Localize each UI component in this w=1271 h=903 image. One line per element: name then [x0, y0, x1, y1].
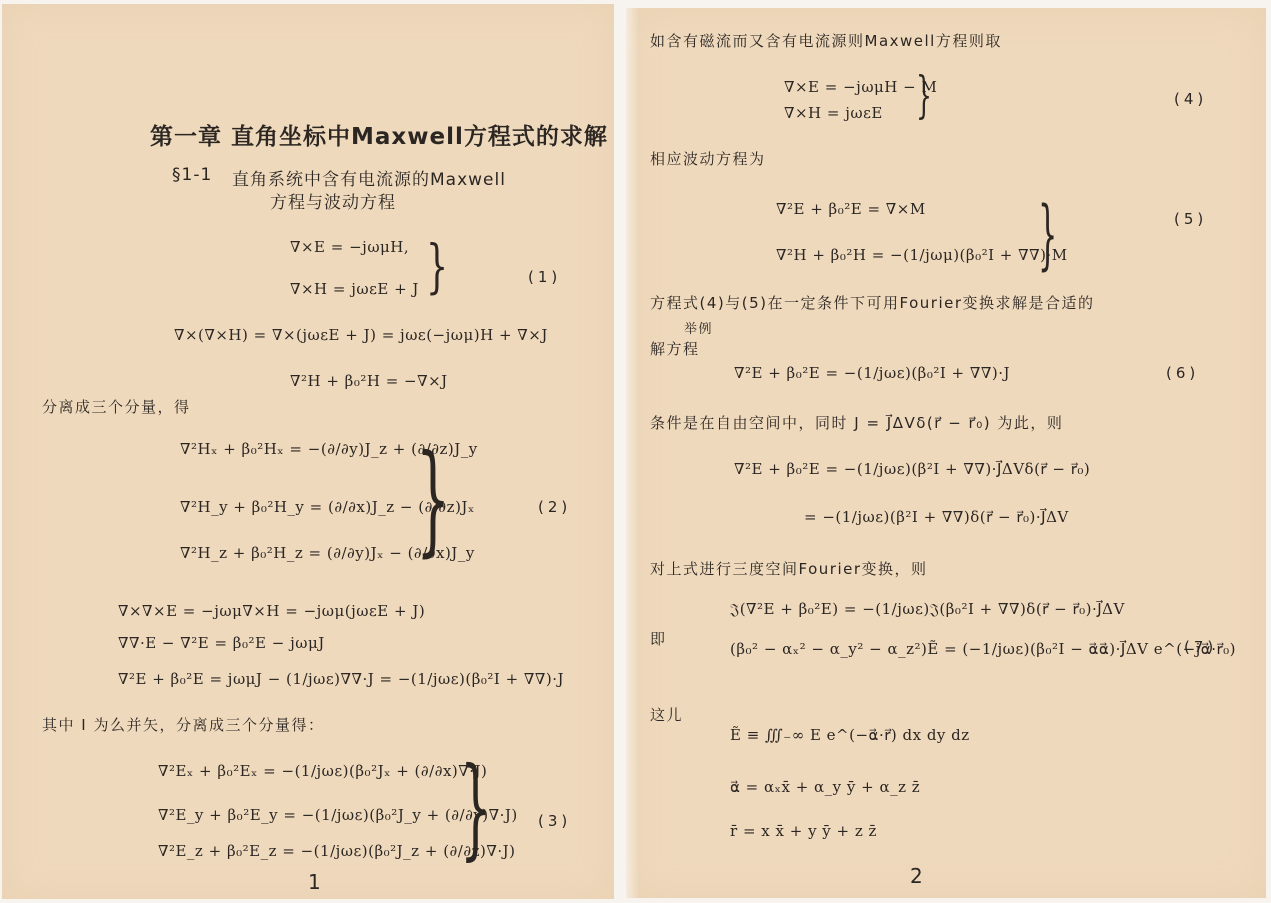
- eq6: ∇²E + β₀²E = −(1/jωε)(β₀²I + ∇∇)·J: [734, 364, 1010, 382]
- eq-def1: Ẽ ≡ ∭₋∞ E e^(−α⃗·r⃗) dx dy dz: [730, 726, 970, 744]
- text-decompose: 分离成三个分量，得: [42, 396, 191, 417]
- eq7-number: (7): [1184, 638, 1217, 656]
- eq-cond1: ∇²E + β₀²E = −(1/jωε)(β²I + ∇∇)·J⃗ΔVδ(r⃗…: [734, 460, 1090, 478]
- text-ie: 即: [650, 628, 667, 649]
- section-title-line2: 方程与波动方程: [270, 188, 396, 213]
- eq2-brace: }: [416, 440, 450, 560]
- eq7: (β₀² − αₓ² − α_y² − α_z²)Ẽ = (−1/jωε)(β₀…: [730, 640, 1236, 658]
- eq-wave-h: ∇²H + β₀²H = −∇×J: [290, 372, 448, 390]
- text-unit: 其中 I 为么并矢，分离成三个分量得：: [42, 714, 324, 735]
- text-transform: 对上式进行三度空间Fourier变换，则: [650, 558, 928, 579]
- eq4-brace: }: [916, 70, 932, 120]
- text-condition: 条件是在自由空间中，同时 J = J⃗ΔVδ(r⃗ − r⃗₀) 为此，则: [650, 412, 1063, 433]
- eq-curlcurl: ∇×(∇×H) = ∇×(jωεE + J) = jωε(−jωμ)H + ∇×…: [174, 326, 548, 344]
- section-title-line1: 直角系统中含有电流源的Maxwell: [232, 165, 506, 190]
- eq-ft1: 𝔍(∇²E + β₀²E) = −(1/jωε)𝔍(β₀²I + ∇∇)δ(r⃗…: [730, 600, 1125, 618]
- page-number: 1: [308, 870, 321, 894]
- eq1-number: (1): [528, 268, 561, 286]
- eq-e1: ∇×∇×E = −jωμ∇×H = −jωμ(jωεE + J): [118, 602, 425, 620]
- text-fourier: 方程式(4)与(5)在一定条件下可用Fourier变换求解是合适的: [650, 292, 1095, 313]
- eq5-line1: ∇²E + β₀²E = ∇×M: [776, 200, 926, 218]
- eq4-number: (4): [1174, 90, 1207, 108]
- eq-def2: α⃗ = αₓx̄ + α_y ȳ + α_z z̄: [730, 778, 920, 796]
- eq2-number: (2): [538, 498, 571, 516]
- section-number: §1-1: [172, 165, 212, 185]
- page-number: 2: [910, 864, 923, 888]
- eq-def3: r̄ = x x̄ + y ȳ + z z̄: [730, 822, 877, 840]
- eq3-number: (3): [538, 812, 571, 830]
- text-example: 举例: [684, 318, 713, 337]
- eq4-line1: ∇×E = −jωμH − M: [784, 78, 937, 96]
- eq-e2: ∇∇·E − ∇²E = β₀²E − jωμJ: [118, 634, 325, 652]
- eq5-number: (5): [1174, 210, 1207, 228]
- chapter-title: 第一章 直角坐标中Maxwell方程式的求解: [150, 118, 608, 151]
- text-here: 这儿: [650, 704, 683, 725]
- eq5-line2: ∇²H + β₀²H = −(1/jωμ)(β₀²I + ∇∇)·M: [776, 246, 1068, 264]
- eq1-line2: ∇×H = jωεE + J: [290, 280, 419, 298]
- eq5-brace: }: [1038, 196, 1057, 272]
- eq1-brace: }: [426, 232, 448, 300]
- eq1-line1: ∇×E = −jωμH,: [290, 238, 409, 256]
- eq3-line1: ∇²Eₓ + β₀²Eₓ = −(1/jωε)(β₀²Jₓ + (∂/∂x)∇·…: [158, 762, 487, 780]
- text-intro: 如含有磁流而又含有电流源则Maxwell方程则取: [650, 30, 1002, 51]
- eq6-number: (6): [1166, 364, 1199, 382]
- left-page: 第一章 直角坐标中Maxwell方程式的求解 §1-1 直角系统中含有电流源的M…: [2, 4, 614, 899]
- text-solve: 解方程: [650, 338, 700, 359]
- eq-e3: ∇²E + β₀²E = jωμJ − (1/jωε)∇∇·J = −(1/jω…: [118, 670, 564, 688]
- eq4-line2: ∇×H = jωεE: [784, 104, 883, 122]
- right-page: 如含有磁流而又含有电流源则Maxwell方程则取 ∇×E = −jωμH − M…: [626, 8, 1266, 898]
- text-wave: 相应波动方程为: [650, 148, 766, 169]
- eq3-brace: }: [460, 752, 492, 862]
- eq-cond2: = −(1/jωε)(β²I + ∇∇)δ(r⃗ − r⃗₀)·J⃗ΔV: [804, 508, 1069, 526]
